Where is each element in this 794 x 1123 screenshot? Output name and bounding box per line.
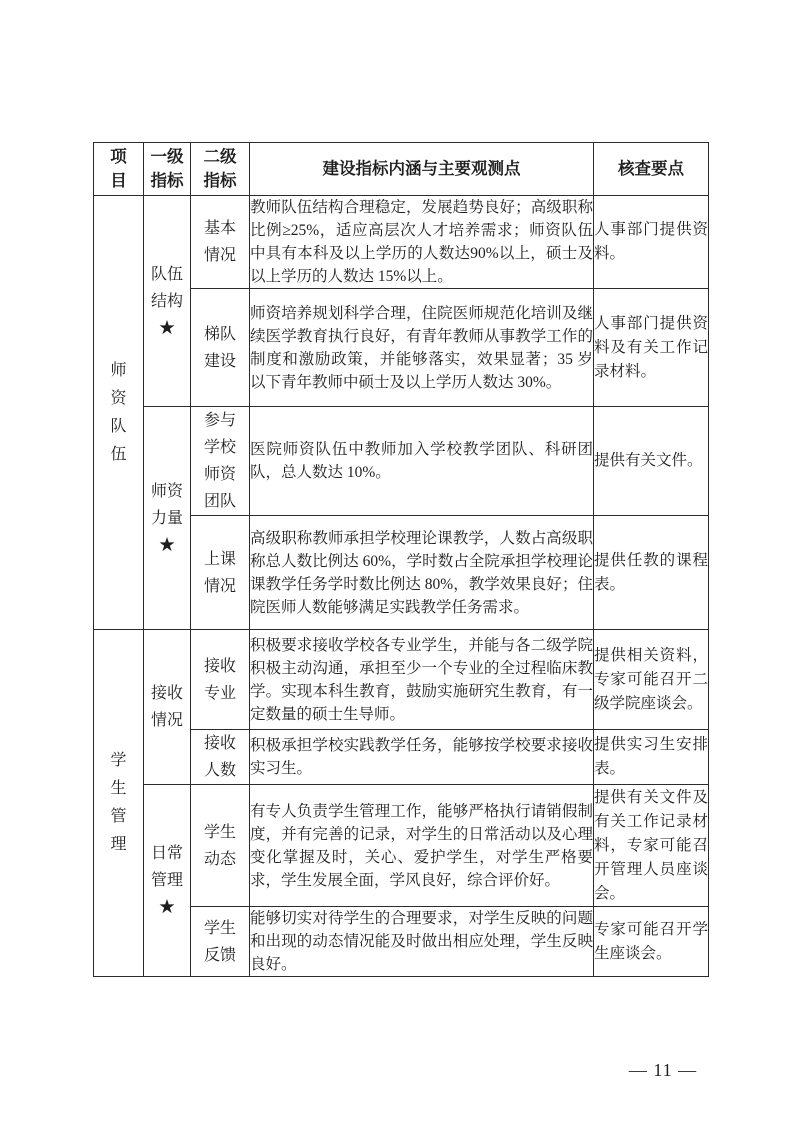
level1-cell-reception-situation: 接收情况 xyxy=(144,630,191,785)
level2-cell-echelon-building: 梯队建设 xyxy=(191,289,250,407)
indicator-content-cell: 有专人负责学生管理工作，能够严格执行请销假制度，并有完善的记录，对学生的日常活动… xyxy=(250,785,594,907)
col-header-level1: 一级指标 xyxy=(144,143,191,196)
indicator-content-cell: 能够切实对待学生的合理要求，对学生反映的问题和出现的动态情况能及时做出相应处理，… xyxy=(250,907,594,977)
col-header-level1-label: 一级指标 xyxy=(150,145,184,193)
table-header-row: 项目 一级指标 二级指标 建设指标内涵与主要观测点 核查要点 xyxy=(94,143,709,196)
level2-cell-teaching-situation: 上课情况 xyxy=(191,516,250,630)
check-points-cell: 人事部门提供资料及有关工作记录材料。 xyxy=(594,289,709,407)
indicator-content-cell: 教师队伍结构合理稳定，发展趋势良好；高级职称比例≥25%，适应高层次人才培养需求… xyxy=(250,196,594,289)
level2-label: 学生动态 xyxy=(203,819,237,873)
level2-cell-join-school-teams: 参与学校师资团队 xyxy=(191,407,250,516)
level2-label: 接收人数 xyxy=(203,730,237,784)
level2-label: 梯队建设 xyxy=(203,321,237,375)
level2-label: 上课情况 xyxy=(203,546,237,600)
col-header-project-label: 项目 xyxy=(110,145,128,193)
col-header-level2-label: 二级指标 xyxy=(203,145,237,193)
level1-label: 日常管理★ xyxy=(150,840,184,921)
level1-cell-daily-management: 日常管理★ xyxy=(144,785,191,977)
level2-cell-reception-numbers: 接收人数 xyxy=(191,730,250,785)
col-header-level2: 二级指标 xyxy=(191,143,250,196)
project-label: 学生管理 xyxy=(110,747,128,859)
level2-label: 基本情况 xyxy=(203,215,237,269)
table-row: 日常管理★ 学生动态 有专人负责学生管理工作，能够严格执行请销假制度，并有完善的… xyxy=(94,785,709,907)
level1-cell-team-structure: 队伍结构★ xyxy=(144,196,191,407)
level1-label: 师资力量★ xyxy=(150,478,184,559)
assessment-table: 项目 一级指标 二级指标 建设指标内涵与主要观测点 核查要点 师资队伍 队伍结构… xyxy=(93,142,709,977)
document-page: 项目 一级指标 二级指标 建设指标内涵与主要观测点 核查要点 师资队伍 队伍结构… xyxy=(0,0,794,1123)
page-number: — 11 — xyxy=(618,1058,708,1082)
level1-label: 接收情况 xyxy=(150,680,184,734)
check-points-cell: 提供有关文件。 xyxy=(594,407,709,516)
indicator-content-cell: 师资培养规划科学合理，住院医师规范化培训及继续医学教育执行良好，有青年教师从事教… xyxy=(250,289,594,407)
indicator-content-cell: 积极要求接收学校各专业学生，并能与各二级学院积极主动沟通，承担至少一个专业的全过… xyxy=(250,630,594,730)
indicator-content-cell: 高级职称教师承担学校理论课教学，人数占高级职称总人数比例达 60%，学时数占全院… xyxy=(250,516,594,630)
level2-cell-reception-majors: 接收专业 xyxy=(191,630,250,730)
col-header-content: 建设指标内涵与主要观测点 xyxy=(250,143,594,196)
level1-label: 队伍结构★ xyxy=(150,261,184,342)
table-row: 学生管理 接收情况 接收专业 积极要求接收学校各专业学生，并能与各二级学院积极主… xyxy=(94,630,709,730)
check-points-cell: 专家可能召开学生座谈会。 xyxy=(594,907,709,977)
project-label: 师资队伍 xyxy=(110,357,128,469)
project-cell-student-management: 学生管理 xyxy=(94,630,144,977)
level2-label: 学生反馈 xyxy=(203,915,237,969)
check-points-cell: 提供相关资料，专家可能召开二级学院座谈会。 xyxy=(594,630,709,730)
check-points-cell: 提供有关文件及有关工作记录材料，专家可能召开管理人员座谈会。 xyxy=(594,785,709,907)
level1-cell-faculty-strength: 师资力量★ xyxy=(144,407,191,630)
col-header-check: 核查要点 xyxy=(594,143,709,196)
check-points-cell: 提供任教的课程表。 xyxy=(594,516,709,630)
project-cell-faculty: 师资队伍 xyxy=(94,196,144,630)
table-row: 师资队伍 队伍结构★ 基本情况 教师队伍结构合理稳定，发展趋势良好；高级职称比例… xyxy=(94,196,709,289)
level2-label: 接收专业 xyxy=(203,653,237,707)
check-points-cell: 人事部门提供资料。 xyxy=(594,196,709,289)
level2-cell-basic-situation: 基本情况 xyxy=(191,196,250,289)
indicator-content-cell: 积极承担学校实践教学任务，能够按学校要求接收实习生。 xyxy=(250,730,594,785)
level2-label: 参与学校师资团队 xyxy=(203,407,237,515)
check-points-cell: 提供实习生安排表。 xyxy=(594,730,709,785)
level2-cell-student-dynamics: 学生动态 xyxy=(191,785,250,907)
level2-cell-student-feedback: 学生反馈 xyxy=(191,907,250,977)
indicator-content-cell: 医院师资队伍中教师加入学校教学团队、科研团队，总人数达 10%。 xyxy=(250,407,594,516)
col-header-project: 项目 xyxy=(94,143,144,196)
table-row: 师资力量★ 参与学校师资团队 医院师资队伍中教师加入学校教学团队、科研团队，总人… xyxy=(94,407,709,516)
